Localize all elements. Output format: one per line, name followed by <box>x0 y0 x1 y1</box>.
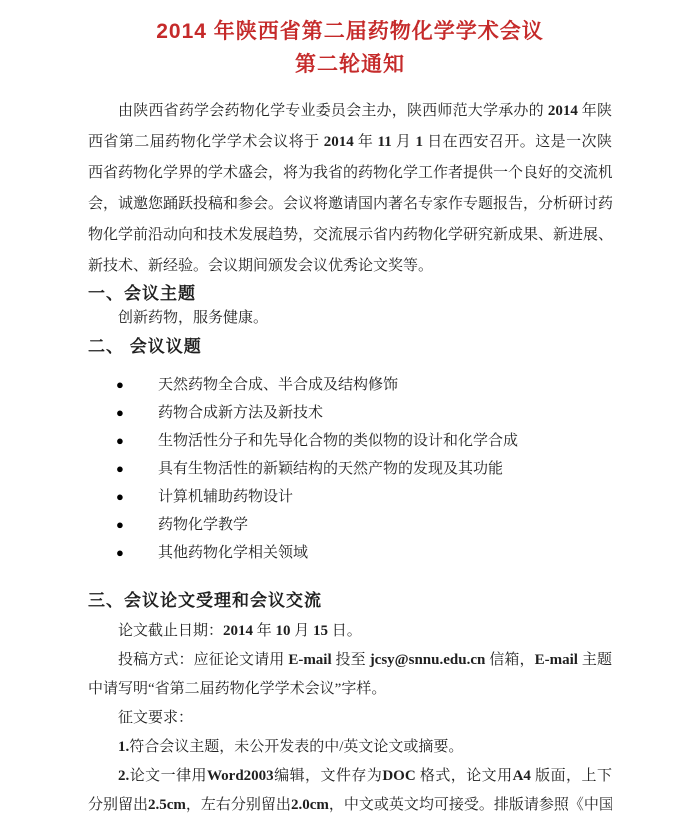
emphasis-text: 15 <box>313 623 328 639</box>
bullet-icon: ● <box>88 427 158 455</box>
emphasis-text: 2.0cm <box>291 797 329 813</box>
emphasis-text: 2014 <box>156 20 214 43</box>
text-segment: 主题 <box>578 652 612 668</box>
text-segment: 论文一律用 <box>129 768 207 784</box>
list-item: ●其他药物化学相关领域 <box>88 539 612 567</box>
emphasis-text: 10 <box>276 623 291 639</box>
text-segment: 年陕西省第二届药物化学学术会议 <box>214 19 544 43</box>
topic-label: 生物活性分子和先导化合物的类似物的设计和化学合成 <box>158 427 612 455</box>
emphasis-text: 11 <box>378 134 392 150</box>
text-line: 中请写明“省第二届药物化学学术会议”字样。 <box>88 675 612 704</box>
intro-paragraph: 由陕西省药学会药物化学专业委员会主办，陕西师范大学承办的 2014 年陕西省第二… <box>88 96 612 282</box>
text-segment: 论文截止日期： <box>118 623 223 639</box>
emphasis-text: 2014 <box>324 134 354 150</box>
bullet-icon: ● <box>88 539 158 567</box>
document-title: 2014 年陕西省第二届药物化学学术会议 <box>0 15 700 48</box>
topic-label: 药物化学教学 <box>158 511 612 539</box>
list-item: ●具有生物活性的新颖结构的天然产物的发现及其功能 <box>88 455 612 483</box>
text-line: 2.论文一律用Word2003编辑，文件存为DOC 格式，论文用A4 版面，上下 <box>88 762 612 791</box>
emphasis-text: DOC <box>382 768 415 784</box>
section-2-heading: 二、 会议议题 <box>88 337 612 357</box>
conference-notice-document: 2014 年陕西省第二届药物化学学术会议 第二轮通知 由陕西省药学会药物化学专业… <box>0 0 700 820</box>
topics-list: ●天然药物全合成、半合成及结构修饰●药物合成新方法及新技术●生物活性分子和先导化… <box>88 371 612 567</box>
text-line: 分别留出2.5cm，左右分别留出2.0cm，中文或英文均可接受。排版请参照《中国 <box>88 791 612 820</box>
topic-label: 天然药物全合成、半合成及结构修饰 <box>158 371 612 399</box>
emphasis-text: 2014 <box>548 103 578 119</box>
text-segment: 格式，论文用 <box>416 768 513 784</box>
emphasis-text: 2. <box>118 768 129 784</box>
text-line: 新技术、新经验。会议期间颁发会议优秀论文奖等。 <box>88 251 612 282</box>
emphasis-text: A4 <box>513 768 531 784</box>
text-segment: 投至 <box>332 652 370 668</box>
text-segment: 西省第二届药物化学学术会议将于 <box>88 134 324 150</box>
emphasis-text: jcsy@snnu.edu.cn <box>370 652 486 668</box>
document-body: 由陕西省药学会药物化学专业委员会主办，陕西师范大学承办的 2014 年陕西省第二… <box>88 96 612 820</box>
text-segment: 符合会议主题，未公开发表的中/英文论文或摘要。 <box>129 739 463 755</box>
text-segment: 日在西安召开。这是一次陕 <box>423 134 612 150</box>
text-segment: ，左右分别留出 <box>186 797 291 813</box>
emphasis-text: 2.5cm <box>148 797 186 813</box>
emphasis-text: E-mail <box>535 652 578 668</box>
section-3-content: 论文截止日期：2014 年 10 月 15 日。投稿方式：应征论文请用 E-ma… <box>88 617 612 820</box>
list-item: ●天然药物全合成、半合成及结构修饰 <box>88 371 612 399</box>
text-segment: 投稿方式：应征论文请用 <box>118 652 288 668</box>
text-line: 会，诚邀您踊跃投稿和参会。会议将邀请国内著名专家作专题报告，分析研讨药 <box>88 189 612 220</box>
text-segment: 信箱， <box>485 652 534 668</box>
text-line: 由陕西省药学会药物化学专业委员会主办，陕西师范大学承办的 2014 年陕 <box>88 96 612 127</box>
bullet-icon: ● <box>88 399 158 427</box>
text-segment: 版面，上下 <box>531 768 612 784</box>
list-item: ●计算机辅助药物设计 <box>88 483 612 511</box>
topic-label: 具有生物活性的新颖结构的天然产物的发现及其功能 <box>158 455 612 483</box>
text-segment: 中请写明“省第二届药物化学学术会议”字样。 <box>88 681 386 697</box>
text-line: 1.符合会议主题，未公开发表的中/英文论文或摘要。 <box>88 733 612 762</box>
topic-label: 其他药物化学相关领域 <box>158 539 612 567</box>
text-segment: 月 <box>291 623 314 639</box>
text-segment: 编辑，文件存为 <box>274 768 383 784</box>
text-segment: 征文要求： <box>118 710 193 726</box>
text-segment: ，中文或英文均可接受。排版请参照《中国 <box>329 797 612 813</box>
text-segment: 年 <box>354 134 378 150</box>
text-segment: 会，诚邀您踊跃投稿和参会。会议将邀请国内著名专家作专题报告，分析研讨药 <box>88 196 612 212</box>
text-line: 投稿方式：应征论文请用 E-mail 投至 jcsy@snnu.edu.cn 信… <box>88 646 612 675</box>
title-block: 2014 年陕西省第二届药物化学学术会议 第二轮通知 <box>0 0 700 80</box>
emphasis-text: 2014 <box>223 623 253 639</box>
text-segment: 分别留出 <box>88 797 148 813</box>
section-1-heading: 一、会议主题 <box>88 284 612 304</box>
emphasis-text: 1 <box>416 134 424 150</box>
list-item: ●药物化学教学 <box>88 511 612 539</box>
text-segment: 西省药物化学界的学术盛会，将为我省的药物化学工作者提供一个良好的交流机 <box>88 165 612 181</box>
bullet-icon: ● <box>88 511 158 539</box>
text-segment: 日。 <box>328 623 362 639</box>
emphasis-text: 1. <box>118 739 129 755</box>
text-segment: 年陕 <box>578 103 612 119</box>
text-segment: 月 <box>392 134 416 150</box>
bullet-icon: ● <box>88 483 158 511</box>
topic-label: 药物合成新方法及新技术 <box>158 399 612 427</box>
emphasis-text: E-mail <box>288 652 331 668</box>
text-line: 物化学前沿动向和技术发展趋势，交流展示省内药物化学研究新成果、新进展、 <box>88 220 612 251</box>
text-line: 论文截止日期：2014 年 10 月 15 日。 <box>88 617 612 646</box>
text-segment: 年 <box>253 623 276 639</box>
document-subtitle: 第二轮通知 <box>0 48 700 80</box>
text-line: 西省第二届药物化学学术会议将于 2014 年 11 月 1 日在西安召开。这是一… <box>88 127 612 158</box>
bullet-icon: ● <box>88 371 158 399</box>
section-1-body: 创新药物，服务健康。 <box>88 307 612 329</box>
text-segment: 新技术、新经验。会议期间颁发会议优秀论文奖等。 <box>88 258 433 274</box>
list-item: ●生物活性分子和先导化合物的类似物的设计和化学合成 <box>88 427 612 455</box>
topic-label: 计算机辅助药物设计 <box>158 483 612 511</box>
list-item: ●药物合成新方法及新技术 <box>88 399 612 427</box>
text-line: 征文要求： <box>88 704 612 733</box>
text-line: 西省药物化学界的学术盛会，将为我省的药物化学工作者提供一个良好的交流机 <box>88 158 612 189</box>
text-segment: 第二轮通知 <box>295 52 405 76</box>
section-3-heading: 三、会议论文受理和会议交流 <box>88 591 612 611</box>
bullet-icon: ● <box>88 455 158 483</box>
text-segment: 由陕西省药学会药物化学专业委员会主办，陕西师范大学承办的 <box>118 103 548 119</box>
text-segment: 物化学前沿动向和技术发展趋势，交流展示省内药物化学研究新成果、新进展、 <box>88 227 612 243</box>
emphasis-text: Word2003 <box>207 768 274 784</box>
